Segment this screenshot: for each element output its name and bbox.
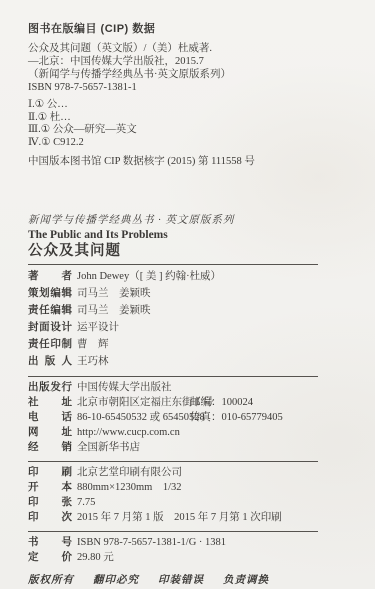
row-telephone: 电话86-10-65450532 或 65450528 传真：010-65779… xyxy=(28,410,318,425)
notice-phrase: 翻印必究 xyxy=(93,574,139,588)
field-value: John Dewey（[ 美 ] 约翰·杜威） xyxy=(77,271,221,282)
cip-classification-line: Ⅲ.① 公众—研究—英文 xyxy=(28,124,318,137)
field-value: 北京艺堂印刷有限公司 xyxy=(77,467,182,478)
cip-record-line: （新闻学与传播学经典丛书·英文原版系列） xyxy=(28,68,318,81)
row-address: 社址北京市朝阳区定福庄东街 1 号 邮编：100024 xyxy=(28,395,318,410)
row-price: 定价29.80 元 xyxy=(28,550,318,565)
row-website: 网址http://www.cucp.com.cn xyxy=(28,425,318,440)
row-book-number: 书号ISBN 978-7-5657-1381-1/G · 1381 xyxy=(28,535,318,550)
cip-verification-number: 中国版本图书馆 CIP 数据核字 (2015) 第 111558 号 xyxy=(28,155,318,168)
field-value: 曹 辉 xyxy=(77,339,109,350)
book-copyright-page: 图书在版编目 (CIP) 数据 公众及其问题（英文版）/（美）杜威著. —北京：… xyxy=(0,0,375,589)
cip-record-line: ISBN 978-7-5657-1381-1 xyxy=(28,81,318,94)
book-title-english: The Public and Its Problems xyxy=(28,228,318,242)
website-url: http://www.cucp.com.cn xyxy=(77,427,180,438)
field-value: 司马兰 姜颖昳 xyxy=(77,305,151,316)
field-label: 书号 xyxy=(28,535,72,550)
row-responsible-editor: 责任编辑司马兰 姜颖昳 xyxy=(28,302,318,319)
colophon-group-staff: 著者John Dewey（[ 美 ] 约翰·杜威） 策划编辑司马兰 姜颖昳 责任… xyxy=(28,265,318,373)
field-label: 印次 xyxy=(28,510,72,525)
cip-block: 图书在版编目 (CIP) 数据 公众及其问题（英文版）/（美）杜威著. —北京：… xyxy=(28,22,318,168)
field-value: 中国传媒大学出版社 xyxy=(77,382,172,393)
row-distribution: 经销全国新华书店 xyxy=(28,440,318,455)
row-cover-design: 封面设计运平设计 xyxy=(28,319,318,336)
row-author: 著者John Dewey（[ 美 ] 约翰·杜威） xyxy=(28,268,318,285)
field-label: 印张 xyxy=(28,495,72,510)
field-value: 2015 年 7 月第 1 版 2015 年 7 月第 1 次印刷 xyxy=(77,512,282,523)
field-label: 出版人 xyxy=(28,353,72,370)
notice-phrase: 负责调换 xyxy=(223,574,269,588)
row-sheets: 印张7.75 xyxy=(28,495,318,510)
field-value: 全国新华书店 xyxy=(77,442,140,453)
colophon-group-publisher: 出版发行中国传媒大学出版社 社址北京市朝阳区定福庄东街 1 号 邮编：10002… xyxy=(28,377,318,458)
field-value: 司马兰 姜颖昳 xyxy=(77,288,151,299)
field-value: 880mm×1230mm 1/32 xyxy=(77,482,182,493)
cip-header: 图书在版编目 (CIP) 数据 xyxy=(28,22,318,36)
cip-classification-line: Ⅰ.① 公… xyxy=(28,99,318,112)
row-publishing-house: 出版发行中国传媒大学出版社 xyxy=(28,380,318,395)
cip-record: 公众及其问题（英文版）/（美）杜威著. —北京：中国传媒大学出版社，2015.7… xyxy=(28,42,318,94)
series-title: 新闻学与传播学经典丛书 · 英文原版系列 xyxy=(28,214,318,227)
field-label: 出版发行 xyxy=(28,380,72,395)
notice-phrase: 印装错误 xyxy=(158,574,204,588)
field-label: 封面设计 xyxy=(28,319,72,336)
cip-record-line: —北京：中国传媒大学出版社，2015.7 xyxy=(28,55,318,68)
field-label: 开本 xyxy=(28,480,72,495)
postal-code: 邮编：100024 xyxy=(190,395,253,410)
field-label: 著者 xyxy=(28,268,72,285)
title-block: 新闻学与传播学经典丛书 · 英文原版系列 The Public and Its … xyxy=(28,214,318,261)
field-label: 社址 xyxy=(28,395,72,410)
row-format: 开本880mm×1230mm 1/32 xyxy=(28,480,318,495)
row-print-supervisor: 责任印制曹 辉 xyxy=(28,336,318,353)
row-edition: 印次2015 年 7 月第 1 版 2015 年 7 月第 1 次印刷 xyxy=(28,510,318,525)
field-label: 策划编辑 xyxy=(28,285,72,302)
field-value: 王巧林 xyxy=(77,356,109,367)
cip-classification-line: Ⅱ.① 杜… xyxy=(28,112,318,125)
field-label: 电话 xyxy=(28,410,72,425)
colophon-group-isbn-price: 书号ISBN 978-7-5657-1381-1/G · 1381 定价29.8… xyxy=(28,532,318,568)
fax-number: 传真：010-65779405 xyxy=(190,410,283,425)
isbn-value: ISBN 978-7-5657-1381-1/G · 1381 xyxy=(77,537,226,548)
row-publisher-person: 出版人王巧林 xyxy=(28,353,318,370)
field-value: 7.75 xyxy=(77,497,95,508)
cip-classification: Ⅰ.① 公… Ⅱ.① 杜… Ⅲ.① 公众—研究—英文 Ⅳ.① C912.2 xyxy=(28,99,318,149)
field-value: 运平设计 xyxy=(77,322,119,333)
field-value: 86-10-65450532 或 65450528 xyxy=(77,412,205,423)
price-value: 29.80 元 xyxy=(77,552,114,563)
field-label: 印刷 xyxy=(28,465,72,480)
notice-phrase: 版权所有 xyxy=(28,574,74,588)
field-label: 网址 xyxy=(28,425,72,440)
colophon-group-printing: 印刷北京艺堂印刷有限公司 开本880mm×1230mm 1/32 印张7.75 … xyxy=(28,462,318,528)
field-label: 责任编辑 xyxy=(28,302,72,319)
cip-classification-line: Ⅳ.① C912.2 xyxy=(28,137,318,150)
copyright-notice: 版权所有 翻印必究 印装错误 负责调换 xyxy=(28,574,318,588)
row-planning-editor: 策划编辑司马兰 姜颖昳 xyxy=(28,285,318,302)
field-label: 定价 xyxy=(28,550,72,565)
cip-record-line: 公众及其问题（英文版）/（美）杜威著. xyxy=(28,42,318,55)
field-label: 责任印制 xyxy=(28,336,72,353)
field-label: 经销 xyxy=(28,440,72,455)
book-title-chinese: 公众及其问题 xyxy=(28,242,318,261)
row-printer: 印刷北京艺堂印刷有限公司 xyxy=(28,465,318,480)
